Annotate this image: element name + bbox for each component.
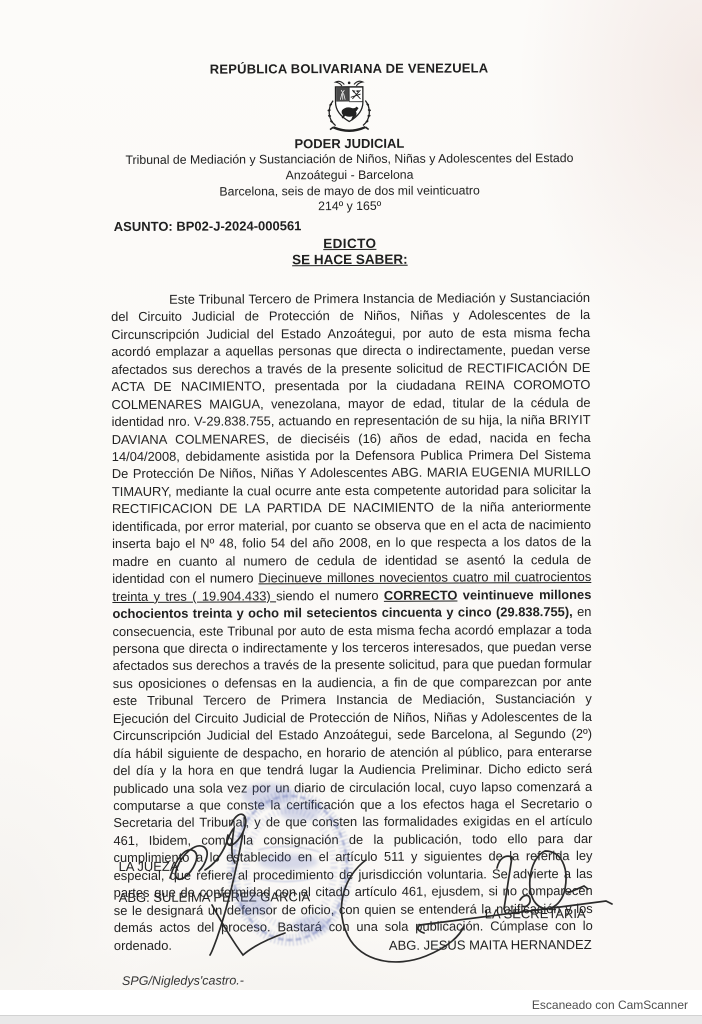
- edict-body: Este Tribunal Tercero de Primera Instanc…: [111, 289, 593, 954]
- secretary-name: ABG. JESUS MAITA HERNANDEZ: [389, 937, 592, 953]
- venezuela-coat-of-arms-icon: [0, 76, 700, 142]
- scanner-strip: Escaneado con CamScanner: [0, 990, 702, 1016]
- edict-title: EDICTO: [0, 234, 701, 252]
- bottom-band: [0, 1015, 702, 1024]
- constitutional-years: 214º y 165º: [0, 197, 701, 214]
- judge-title: LA JUEZA: [119, 859, 179, 874]
- camscanner-label: Escaneado con CamScanner: [532, 998, 688, 1012]
- branch-title: PODER JUDICIAL: [0, 134, 700, 152]
- court-name-line2: Anzoátegui - Barcelona: [0, 166, 701, 183]
- secretary-title: LA SECRETARIA: [485, 906, 586, 921]
- edict-subtitle: SE HACE SABER:: [0, 250, 701, 268]
- judge-name: ABG. SULEIMA PEREZ GARCIA: [119, 889, 311, 905]
- clerk-reference: SPG/Nigledys'castro.-: [122, 973, 244, 988]
- case-number: ASUNTO: BP02-J-2024-000561: [114, 218, 302, 234]
- court-name-line1: Tribunal de Mediación y Sustanciación de…: [0, 150, 700, 167]
- republic-title: REPÚBLICA BOLIVARIANA DE VENEZUELA: [0, 59, 700, 77]
- scanned-document-page: REPÚBLICA BOLIVARIANA DE VENEZUELA: [0, 0, 702, 1024]
